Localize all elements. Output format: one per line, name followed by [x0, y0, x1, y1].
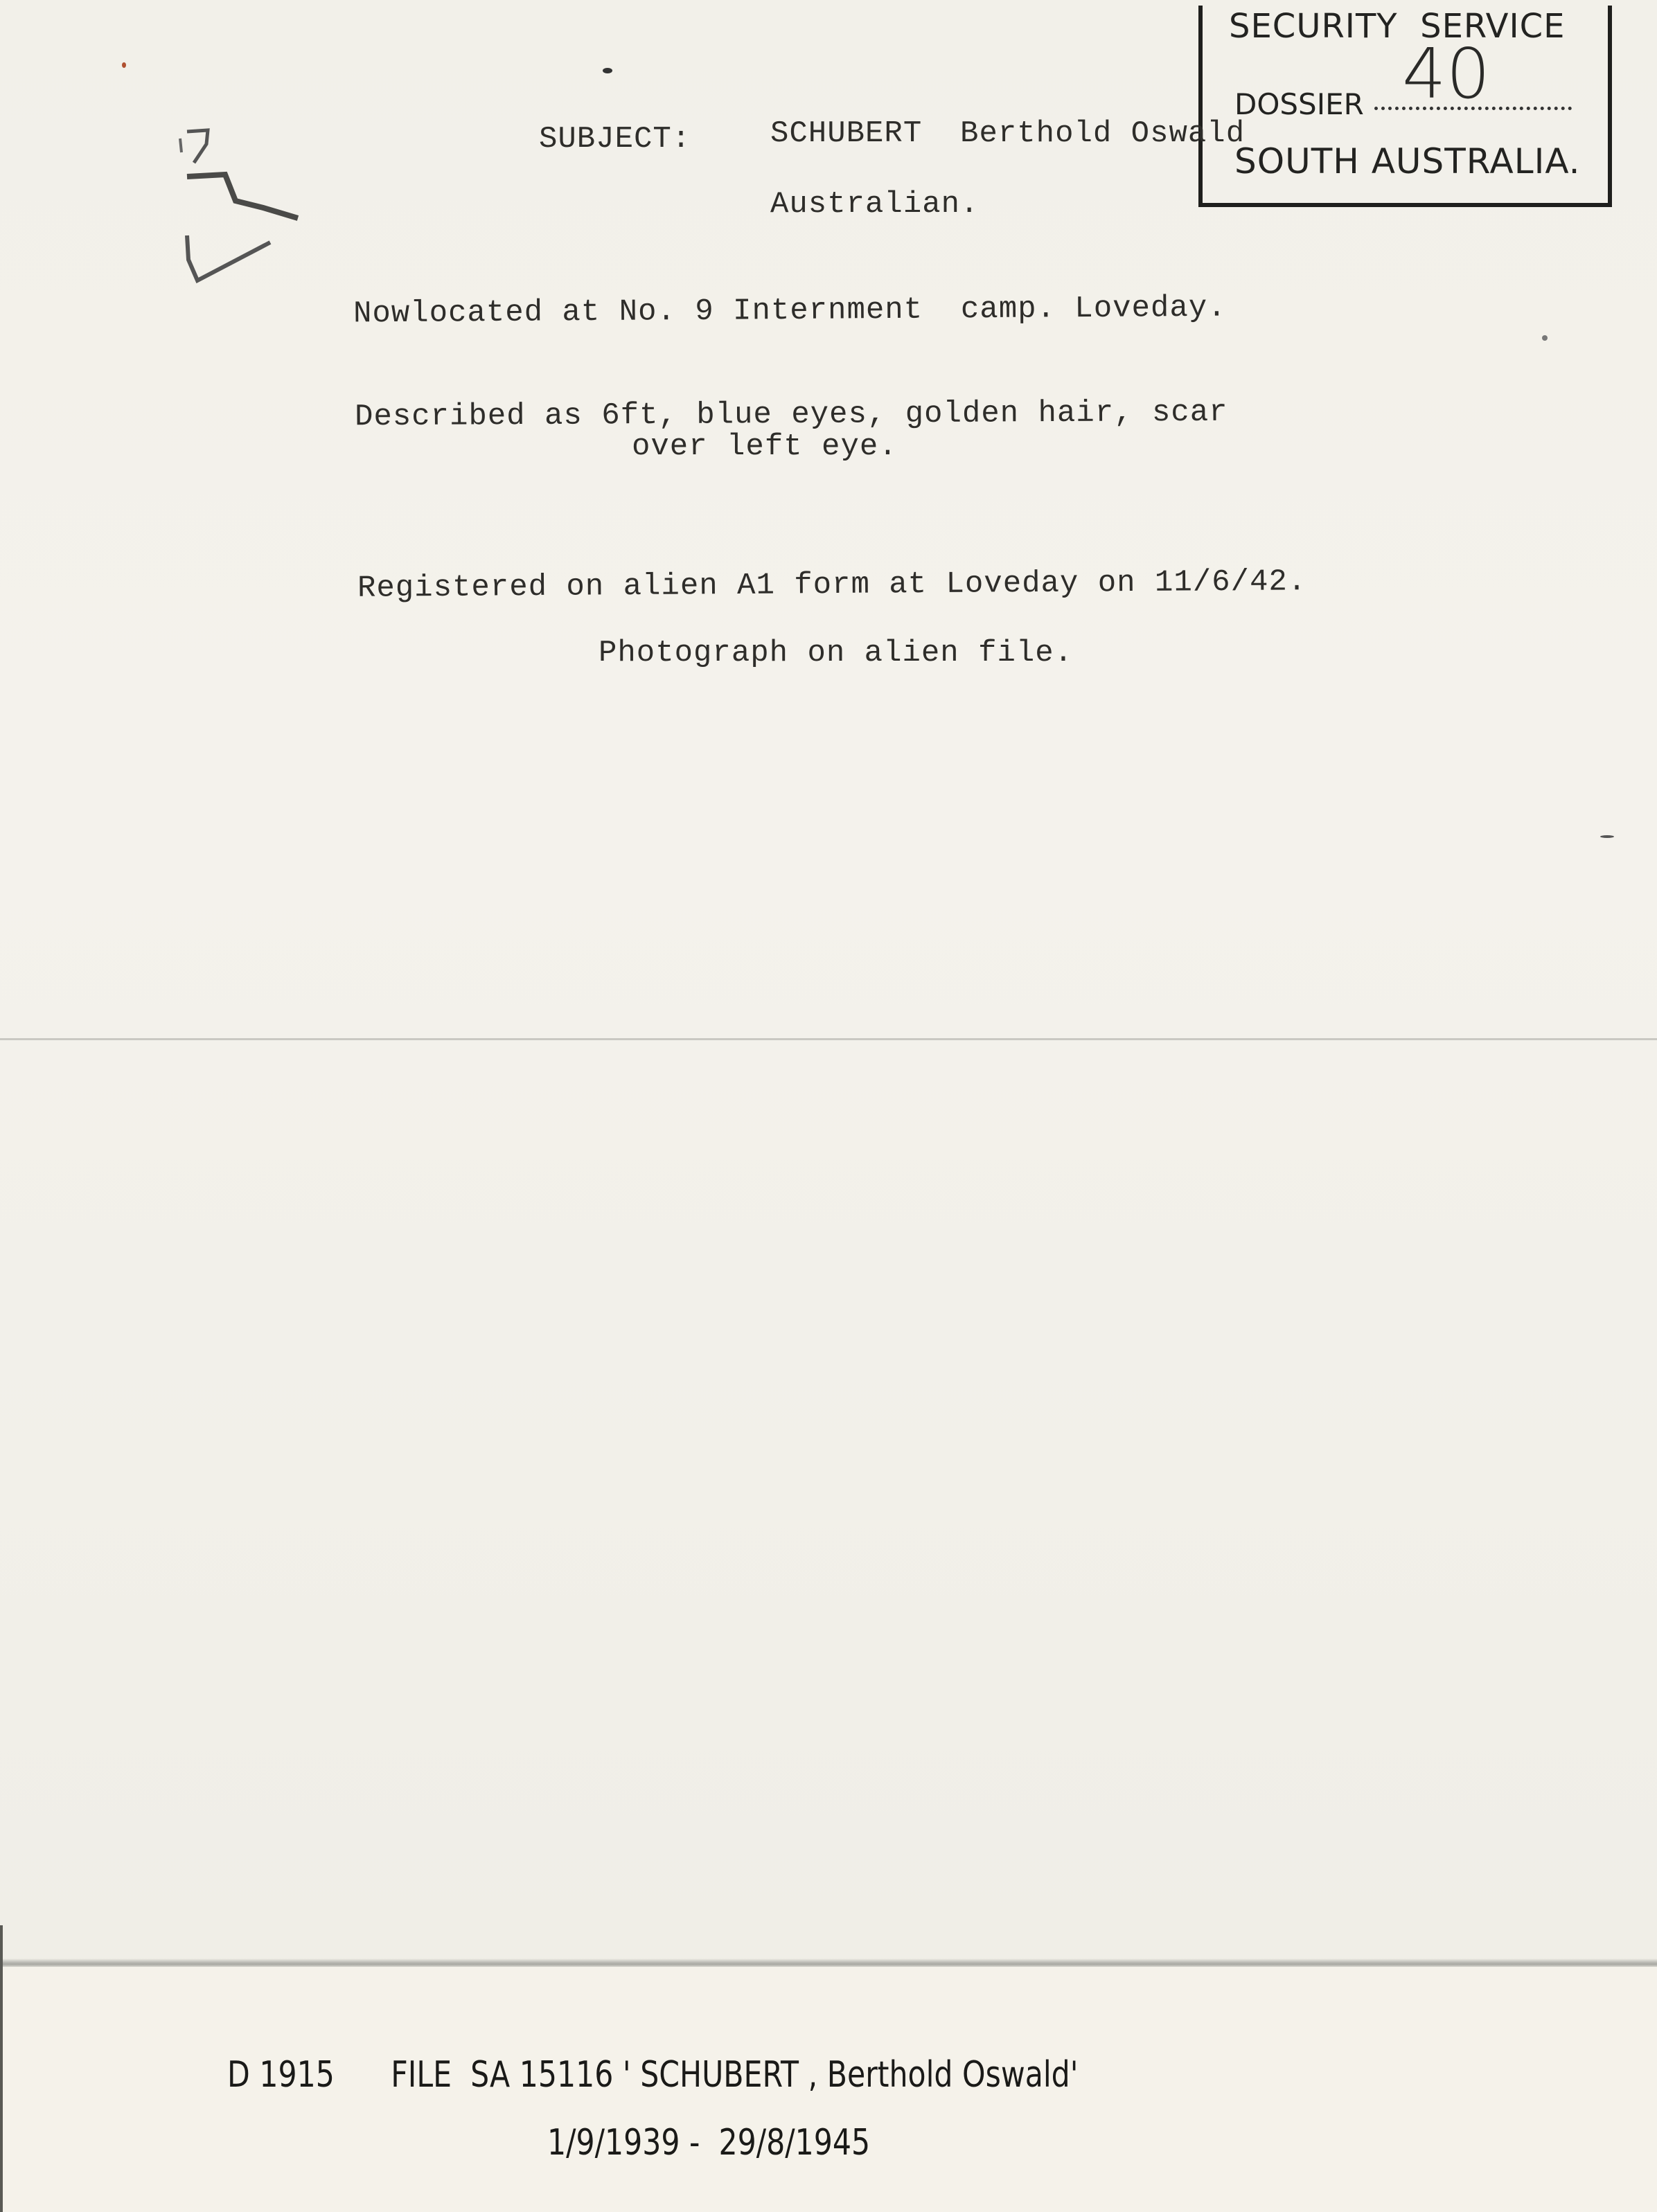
handwritten-file-reference: D 1915 FILE SA 15116 ' SCHUBERT , Bertho…: [227, 2054, 1078, 2096]
stamp-region: SOUTH AUSTRALIA.: [1234, 141, 1581, 181]
registration-line: Registered on alien A1 form at Loveday o…: [357, 564, 1307, 606]
ink-speck: [1542, 335, 1548, 341]
dossier-number: 40: [1402, 33, 1490, 114]
subject-nationality: Australian.: [770, 187, 979, 222]
photograph-line: Photograph on alien file.: [599, 636, 1073, 670]
location-line: Nowlocated at No. 9 Internment camp. Lov…: [353, 291, 1227, 332]
page-edge: [0, 1925, 3, 2212]
subject-label: SUBJECT:: [539, 122, 691, 157]
subject-name: SCHUBERT Berthold Oswald: [770, 116, 1245, 151]
description-line-1: Described as 6ft, blue eyes, golden hair…: [355, 395, 1228, 435]
paper-tear-mark-icon: [166, 111, 319, 291]
dossier-dotted-line: [1374, 107, 1572, 110]
ink-speck: [1600, 835, 1614, 838]
stamp-title: SECURITY SERVICE: [1229, 7, 1565, 46]
stamp-dossier-label: DOSSIER: [1234, 87, 1364, 121]
fold-line: [0, 1038, 1657, 1040]
handwritten-date-range: 1/9/1939 - 29/8/1945: [547, 2122, 870, 2164]
description-line-2: over left eye.: [632, 429, 898, 464]
ink-speck: [122, 62, 126, 68]
ink-speck: [603, 68, 612, 73]
security-service-stamp: SECURITY SERVICE 40 DOSSIER SOUTH AUSTRA…: [1198, 6, 1612, 207]
